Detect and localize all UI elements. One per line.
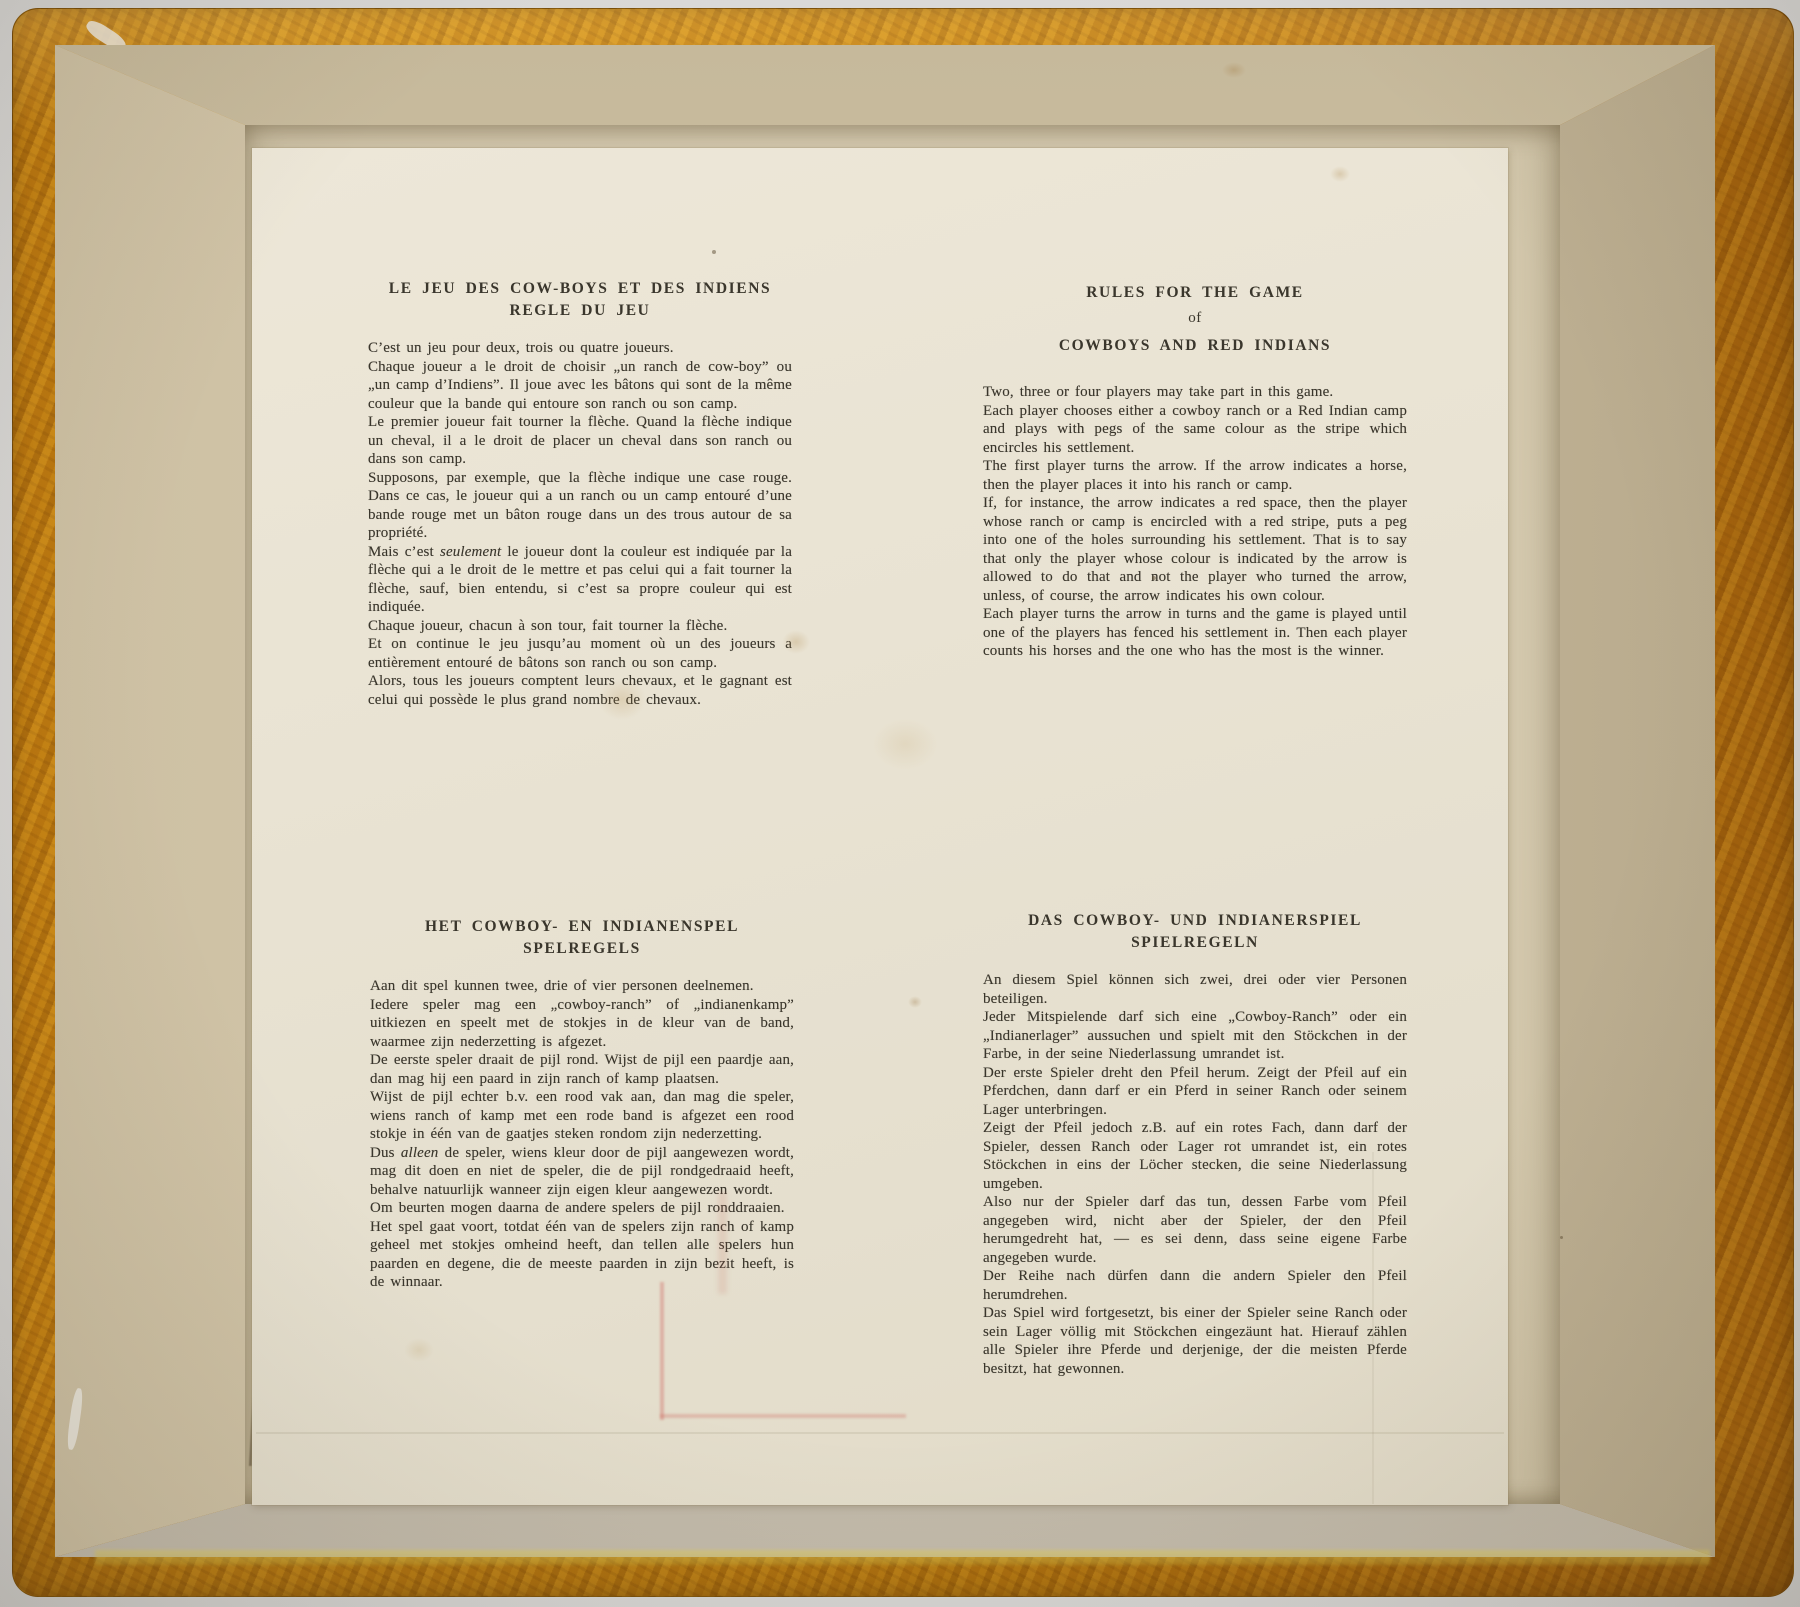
paper-crease: [256, 1432, 1504, 1434]
paper-crease: [1372, 1152, 1374, 1504]
rule-paragraph: Om beurten mogen daarna de andere speler…: [370, 1199, 794, 1218]
heading-line: SPIELREGELN: [983, 932, 1407, 954]
rule-paragraph: Het spel gaat voort, totdat één van de s…: [370, 1218, 794, 1292]
rim-glare-strip: [95, 1550, 1710, 1565]
rules-sheet: LE JEU DES COW-BOYS ET DES INDIENS REGLE…: [252, 148, 1508, 1505]
rule-paragraph: Jeder Mitspielende darf sich eine „Cowbo…: [983, 1008, 1407, 1064]
rules-text-english: Two, three or four players may take part…: [983, 383, 1407, 661]
rule-paragraph: Das Spiel wird fortgesetzt, bis einer de…: [983, 1304, 1407, 1378]
rule-paragraph: The first player turns the arrow. If the…: [983, 457, 1407, 494]
rule-paragraph: Dus alleen de speler, wiens kleur door d…: [370, 1144, 794, 1200]
rule-paragraph: Der erste Spieler dreht den Pfeil herum.…: [983, 1064, 1407, 1120]
rules-section-french: LE JEU DES COW-BOYS ET DES INDIENS REGLE…: [368, 278, 792, 709]
heading-line: HET COWBOY- EN INDIANENSPEL: [370, 916, 794, 938]
heading-line: LE JEU DES COW-BOYS ET DES INDIENS: [368, 278, 792, 300]
rule-paragraph: An diesem Spiel können sich zwei, drei o…: [983, 971, 1407, 1008]
section-heading: DAS COWBOY- UND INDIANERSPIEL SPIELREGEL…: [983, 910, 1407, 954]
rules-section-dutch: HET COWBOY- EN INDIANENSPEL SPELREGELS A…: [370, 916, 794, 1292]
rule-paragraph: Two, three or four players may take part…: [983, 383, 1407, 402]
speck: [1152, 576, 1156, 580]
heading-line: DAS COWBOY- UND INDIANERSPIEL: [983, 910, 1407, 932]
rule-paragraph: Iedere speler mag een „cowboy-ranch” of …: [370, 996, 794, 1052]
section-heading: RULES FOR THE GAME of COWBOYS AND RED IN…: [983, 282, 1407, 357]
speck: [712, 250, 716, 254]
section-heading: LE JEU DES COW-BOYS ET DES INDIENS REGLE…: [368, 278, 792, 322]
heading-line: RULES FOR THE GAME: [983, 282, 1407, 304]
rules-text-german: An diesem Spiel können sich zwei, drei o…: [983, 971, 1407, 1378]
section-heading: HET COWBOY- EN INDIANENSPEL SPELREGELS: [370, 916, 794, 960]
rule-paragraph: Zeigt der Pfeil jedoch z.B. auf ein rote…: [983, 1119, 1407, 1193]
rule-paragraph: Der Reihe nach dürfen dann die andern Sp…: [983, 1267, 1407, 1304]
rule-paragraph: Each player turns the arrow in turns and…: [983, 605, 1407, 661]
rule-paragraph: C’est un jeu pour deux, trois ou quatre …: [368, 339, 792, 358]
photo-backdrop: LE JEU DES COW-BOYS ET DES INDIENS REGLE…: [0, 0, 1800, 1607]
rules-section-german: DAS COWBOY- UND INDIANERSPIEL SPIELREGEL…: [983, 910, 1407, 1378]
rule-paragraph: De eerste speler draait de pijl rond. Wi…: [370, 1051, 794, 1088]
rule-paragraph: Chaque joueur a le droit de choisir „un …: [368, 358, 792, 414]
rules-text-french: C’est un jeu pour deux, trois ou quatre …: [368, 339, 792, 709]
rule-paragraph: Also nur der Spieler darf das tun, desse…: [983, 1193, 1407, 1267]
rule-paragraph: Chaque joueur, chacun à son tour, fait t…: [368, 617, 792, 636]
heading-line: of: [983, 307, 1407, 329]
rule-paragraph: Alors, tous les joueurs comptent leurs c…: [368, 672, 792, 709]
heading-line: REGLE DU JEU: [368, 300, 792, 322]
rule-paragraph: Le premier joueur fait tourner la flèche…: [368, 413, 792, 469]
rules-section-english: RULES FOR THE GAME of COWBOYS AND RED IN…: [983, 282, 1407, 661]
rule-paragraph: If, for instance, the arrow indicates a …: [983, 494, 1407, 605]
speck: [1560, 1236, 1563, 1239]
rule-paragraph: Et on continue le jeu jusqu’au moment où…: [368, 635, 792, 672]
rule-paragraph: Wijst de pijl echter b.v. een rood vak a…: [370, 1088, 794, 1144]
heading-line: COWBOYS AND RED INDIANS: [983, 335, 1407, 357]
rule-paragraph: Aan dit spel kunnen twee, drie of vier p…: [370, 977, 794, 996]
rule-paragraph: Mais c’est seulement le joueur dont la c…: [368, 543, 792, 617]
rule-paragraph: Each player chooses either a cowboy ranc…: [983, 402, 1407, 458]
rules-text-dutch: Aan dit spel kunnen twee, drie of vier p…: [370, 977, 794, 1292]
rule-paragraph: Supposons, par exemple, que la flèche in…: [368, 469, 792, 543]
heading-line: SPELREGELS: [370, 938, 794, 960]
